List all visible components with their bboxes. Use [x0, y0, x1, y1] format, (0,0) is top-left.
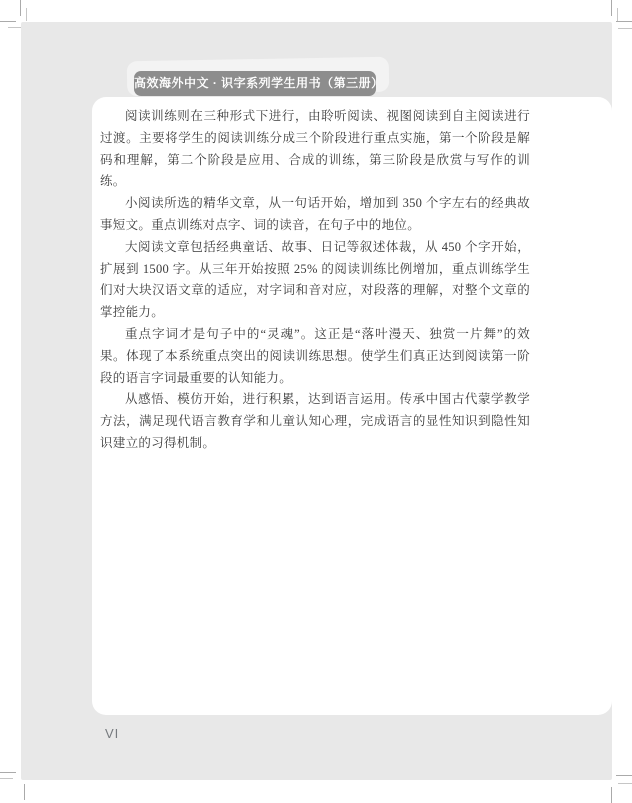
crop-mark — [618, 28, 632, 29]
crop-mark — [616, 21, 632, 22]
series-title-badge: 高效海外中文 · 识字系列学生用书（第三册） — [134, 71, 376, 96]
crop-mark — [616, 775, 632, 776]
crop-mark — [20, 0, 21, 16]
crop-mark — [618, 783, 632, 784]
paragraph-reading-training-overview: 阅读训练则在三种形式下进行，由聆听阅读、视图阅读到自主阅读进行过渡。主要将学生的… — [100, 106, 530, 193]
paragraph-small-reading: 小阅读所选的精华文章，从一句话开始，增加到 350 个字左右的经典故事短文。重点… — [100, 193, 530, 237]
crop-mark — [617, 8, 618, 21]
crop-mark — [0, 778, 13, 779]
crop-mark — [0, 772, 16, 773]
crop-mark — [26, 8, 27, 21]
paragraph-key-words: 重点字词才是句子中的“灵魂”。这正是“落叶漫天、独赏一片舞”的效果。体现了本系统… — [100, 324, 530, 389]
crop-mark — [24, 784, 25, 800]
body-text-panel: 阅读训练则在三种形式下进行，由聆听阅读、视图阅读到自主阅读进行过渡。主要将学生的… — [92, 97, 612, 715]
crop-mark — [611, 0, 612, 16]
crop-mark — [611, 787, 612, 803]
page-number: VI — [105, 726, 119, 741]
crop-mark — [8, 27, 21, 28]
paragraph-method-heritage: 从感悟、模仿开始，进行积累，达到语言运用。传承中国古代蒙学教学方法，满足现代语言… — [100, 389, 530, 454]
book-page: 高效海外中文 · 识字系列学生用书（第三册） 阅读训练则在三种形式下进行，由聆听… — [21, 22, 612, 780]
paragraph-large-reading: 大阅读文章包括经典童话、故事、日记等叙述体裁，从 450 个字开始，扩展到 15… — [100, 237, 530, 324]
crop-mark — [0, 21, 16, 22]
scanned-page-canvas: 高效海外中文 · 识字系列学生用书（第三册） 阅读训练则在三种形式下进行，由聆听… — [0, 0, 632, 803]
